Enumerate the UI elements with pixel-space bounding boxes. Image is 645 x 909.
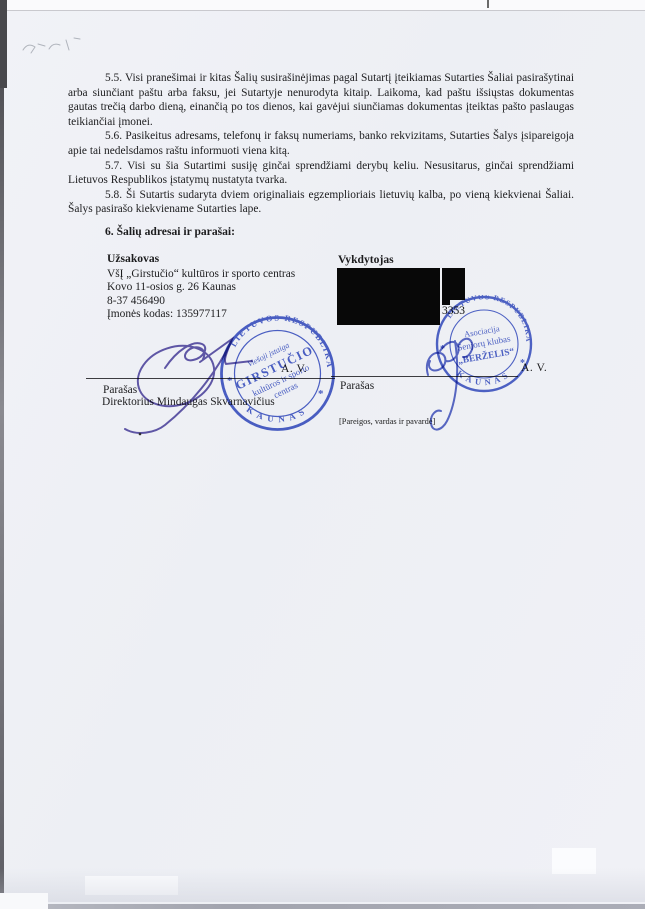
berzelis-star-right: * — [520, 358, 525, 369]
customer-role-label: Užsakovas — [107, 252, 295, 266]
customer-details: Užsakovas VšĮ „Girstučio“ kultūros ir sp… — [107, 252, 295, 321]
scan-left-edge — [0, 0, 4, 909]
section-heading: 6. Šalių adresai ir parašai: — [68, 225, 574, 240]
customer-signature-ink — [105, 330, 265, 442]
contractor-role-label: Vykdytojas — [338, 253, 394, 267]
scan-bottom-shadow — [0, 868, 645, 902]
clause-5-5: 5.5. Visi pranešimai ir kitas Šalių susi… — [68, 71, 574, 129]
customer-address: Kovo 11-osios g. 26 Kaunas — [107, 281, 295, 294]
customer-phone: 8-37 456490 — [107, 295, 295, 308]
clause-5-8: 5.8. Ši Sutartis sudaryta dviem original… — [68, 188, 574, 217]
contract-body-text: 5.5. Visi pranešimai ir kitas Šalių susi… — [68, 71, 574, 240]
girstutis-star-right: * — [318, 388, 324, 400]
scan-bottom-left-corner — [0, 893, 48, 909]
contractor-signature-label: Parašas — [340, 380, 374, 392]
clause-5-7: 5.7. Visi su šia Sutartimi susiję ginčai… — [68, 159, 574, 188]
scan-top-tick-mark — [487, 0, 489, 8]
contractor-signature-ink — [420, 333, 482, 438]
scanned-contract-page: 5.5. Visi pranešimai ir kitas Šalių susi… — [0, 0, 645, 909]
customer-name: VšĮ „Girstučio“ kultūros ir sporto centr… — [107, 268, 295, 281]
redaction-box-large — [337, 268, 440, 325]
clause-5-6: 5.6. Pasikeitus adresams, telefonų ir fa… — [68, 129, 574, 158]
scan-top-edge — [0, 0, 645, 11]
scan-bottom-edge — [48, 904, 645, 909]
stray-ink-dot — [139, 433, 142, 436]
pencil-scribble — [20, 32, 84, 62]
scan-left-edge-dark — [0, 0, 7, 88]
